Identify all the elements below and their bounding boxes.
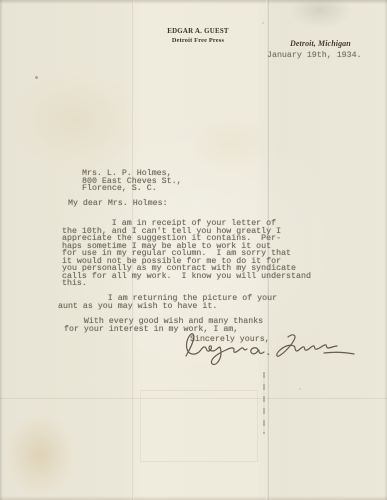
paper-edge-bottom <box>0 496 387 500</box>
paper-speck <box>35 76 38 79</box>
fold-crease-shadow <box>263 372 265 434</box>
paper-impression-mark <box>140 390 258 462</box>
scanned-letter-page: EDGAR A. GUEST Detroit Free Press Detroi… <box>0 0 387 500</box>
salutation: My dear Mrs. Holmes: <box>68 200 168 208</box>
body-paragraph-1: I am in receipt of your letter of the 10… <box>62 220 311 288</box>
paper-speck <box>262 22 264 24</box>
dateline-date: January 19th, 1934. <box>267 52 362 60</box>
signature-stroke-middle-initial <box>251 348 264 354</box>
signature-stroke-flourish <box>324 352 354 354</box>
recipient-address: Mrs. L. P. Holmes, 800 East Cheves St., … <box>82 170 182 193</box>
handwritten-signature <box>176 328 360 368</box>
paper-edge-top <box>0 0 387 4</box>
body-paragraph-2: I am returning the picture of your aunt … <box>58 295 277 310</box>
signature-stroke-edgar <box>186 334 247 365</box>
letterhead-organization: Detroit Free Press <box>160 37 236 44</box>
letterhead-name: EDGAR A. GUEST <box>160 28 236 35</box>
dateline-place: Detroit, Michigan <box>290 39 351 48</box>
letterhead: EDGAR A. GUEST Detroit Free Press <box>160 28 236 44</box>
paper-speck <box>299 388 301 390</box>
paper-edge-left <box>0 0 3 500</box>
